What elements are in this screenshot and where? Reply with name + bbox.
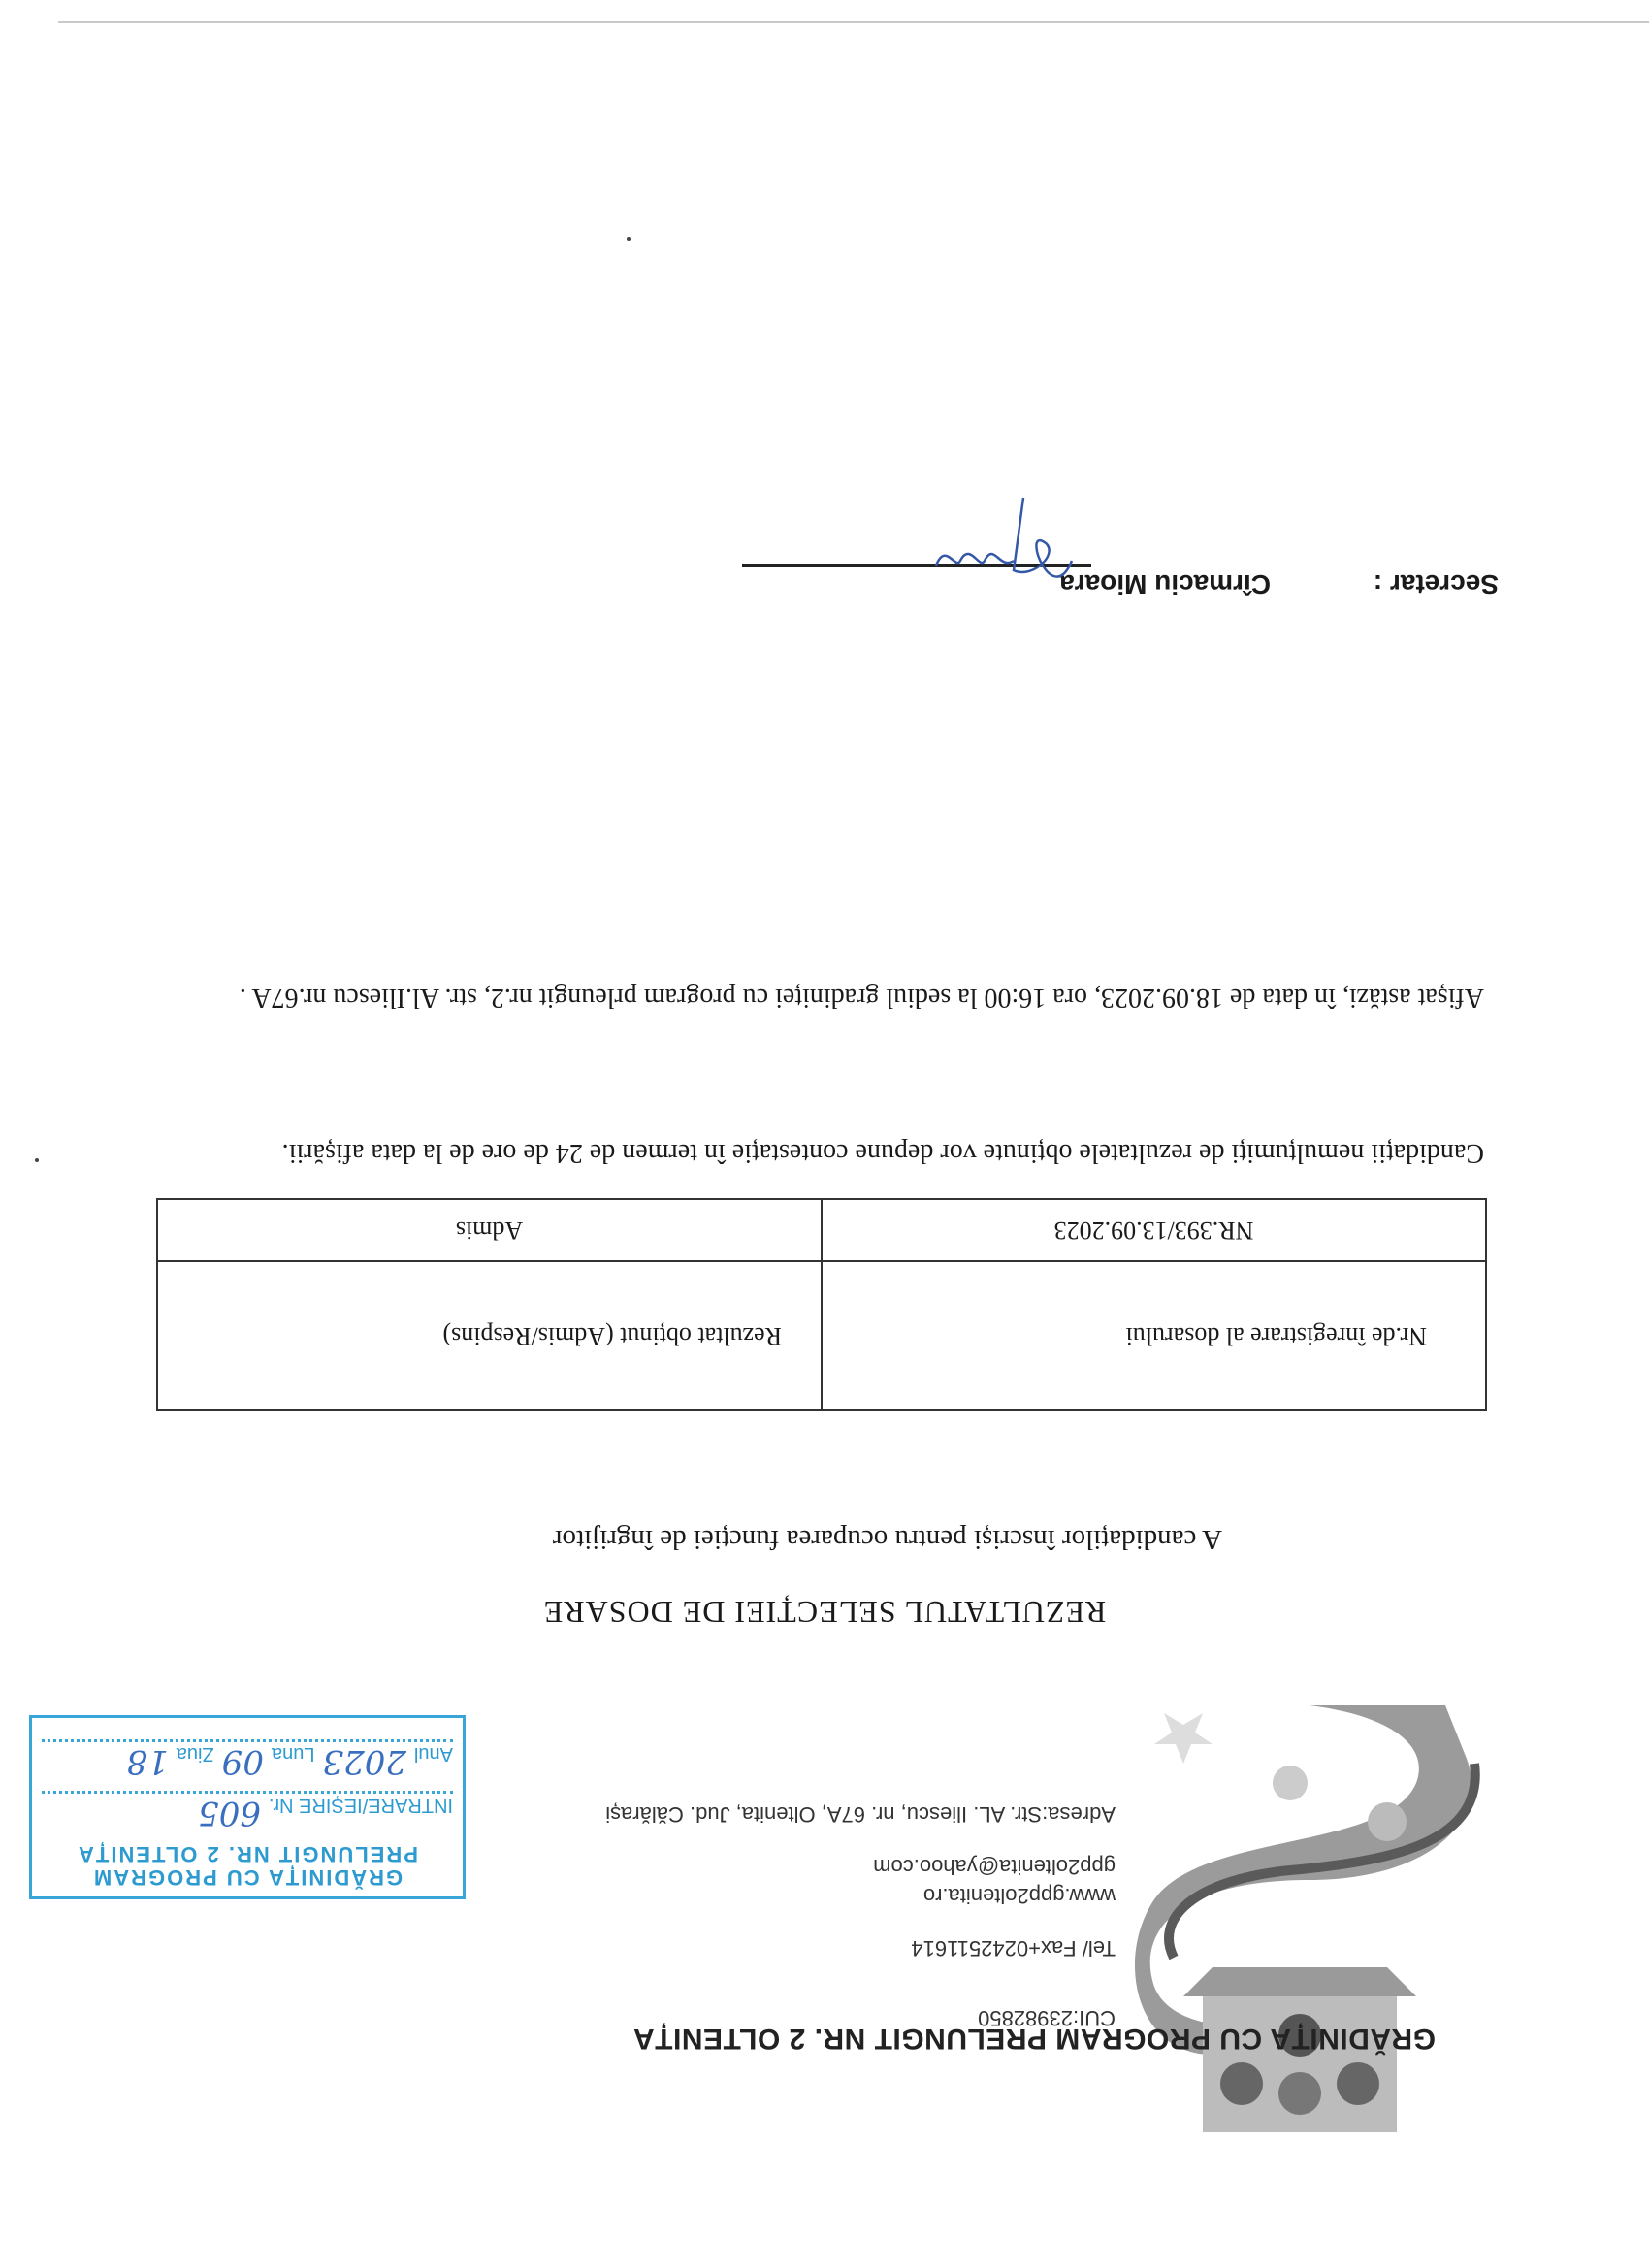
cell-result: Admis [157,1199,822,1261]
scan-speck [35,1158,39,1162]
phone: Tel/ Fax+0242511614 [605,1930,1115,1965]
column-header-registration: Nr.de înregistrare al dosarului [822,1261,1486,1410]
document-page: GRĂDINIȚA CU PROGRAM PRELUNGIT NR. 2 OLT… [0,0,1649,2268]
stamp-year-label: Anul [414,1742,453,1765]
stamp-institution: GRĂDINIȚA CU PROGRAM PRELUNGIT NR. 2 OLT… [42,1842,453,1889]
stamp-date-row: Anul 2023 Luna 09 Ziua 18 [42,1739,453,1781]
stamp-day: 18 [127,1742,169,1781]
scan-speck [627,237,630,241]
registration-stamp: GRĂDINIȚA CU PROGRAM PRELUNGIT NR. 2 OLT… [29,1715,466,1899]
stamp-year: 2023 [322,1742,406,1781]
signature-block: Secretar : Cîrmaciu Mioara [529,502,1499,599]
stamp-entry-row: INTRARE/IEȘIRE Nr. 605 [42,1791,453,1832]
email: gpp2oltenita@yahoo.com [605,1849,1115,1884]
results-table: Nr.de înregistrare al dosarului Rezultat… [156,1198,1487,1411]
column-header-result: Rezultat obținut (Admis/Respins) [157,1261,822,1410]
stamp-day-label: Ziua [177,1742,214,1765]
handwritten-signature-icon [897,493,1091,599]
stamp-entry-number: 605 [198,1794,261,1832]
stamp-month: 09 [222,1742,264,1781]
posting-notice: Afișat astăzi, în data de 18.09.2023, or… [145,978,1484,1017]
document-subtitle: A candidaților înscriși pentru ocuparea … [553,1523,1222,1555]
table-row: NR.393/13.09.2023 Admis [157,1199,1486,1261]
address: Adresa:Str. AL. Iliescu, nr. 67A, Olteni… [605,1797,1115,1831]
stamp-entry-label: INTRARE/IEȘIRE Nr. [269,1794,453,1816]
signature-role: Secretar : [1374,568,1499,599]
stamp-month-label: Luna [272,1742,315,1765]
letterhead: GRĂDINIȚA CU PROGRAM PRELUNGIT NR. 2 OLT… [48,1802,1503,2171]
contact-block: CUI:23982850 Tel/ Fax+0242511614 www.gpp… [605,1797,1115,2006]
cui: CUI:23982850 [605,2000,1115,2035]
appeal-notice: Candidații nemulțumiți de rezultatele ob… [145,1133,1484,1172]
cell-registration-number: NR.393/13.09.2023 [822,1199,1486,1261]
table-header-row: Nr.de înregistrare al dosarului Rezultat… [157,1261,1486,1410]
document-title: REZULTATUL SELECȚIEI DE DOSARE [0,1594,1649,1630]
kindergarten-logo-icon [1115,1667,1503,2171]
